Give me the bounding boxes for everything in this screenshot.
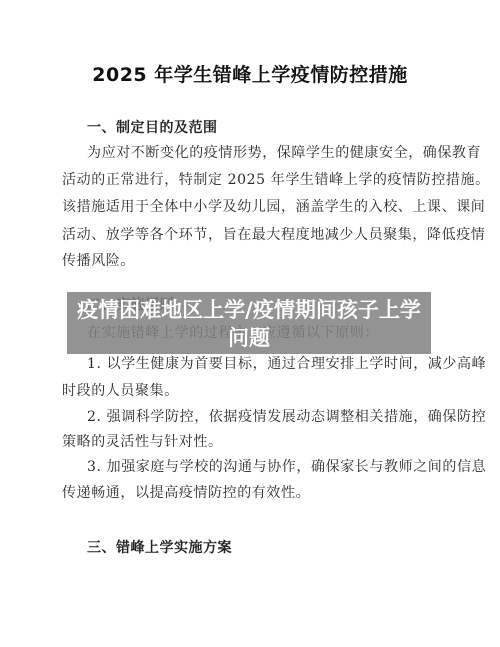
list-item-1-cont: 时段的人员聚集。 — [62, 382, 442, 400]
list-item-2-cont: 策略的灵活性与针对性。 — [62, 433, 442, 451]
section-3-heading: 三、错峰上学实施方案 — [87, 539, 232, 557]
paragraph-line: 为应对不断变化的疫情形势，保障学生的健康安全，确保教育 — [87, 144, 467, 162]
list-item-3: 3. 加强家庭与学校的沟通与协作，确保家长与教师之间的信息 — [87, 458, 467, 476]
overlay-banner-text: 疫情困难地区上学/疫情期间孩子上学问题 — [67, 292, 431, 352]
list-item-2: 2. 强调科学防控，依据疫情发展动态调整相关措施，确保防控 — [87, 408, 467, 426]
paragraph-line: 活动的正常进行，特制定 2025 年学生错峰上学的疫情防控措施。 — [62, 171, 442, 189]
paragraph-line: 活动、放学等各个环节，旨在最大程度地减少人员聚集，降低疫情 — [62, 226, 442, 244]
list-item-1: 1. 以学生健康为首要目标，通过合理安排上学时间，减少高峰 — [87, 355, 467, 373]
paragraph-line: 该措施适用于全体中小学及幼儿园，涵盖学生的入校、上课、课间 — [62, 198, 442, 216]
paragraph-line: 传播风险。 — [62, 252, 442, 270]
list-item-3-cont: 传递畅通，以提高疫情防控的有效性。 — [62, 484, 442, 502]
section-1-heading: 一、制定目的及范围 — [87, 119, 218, 137]
document-title: 2025 年学生错峰上学疫情防控措施 — [0, 60, 500, 87]
